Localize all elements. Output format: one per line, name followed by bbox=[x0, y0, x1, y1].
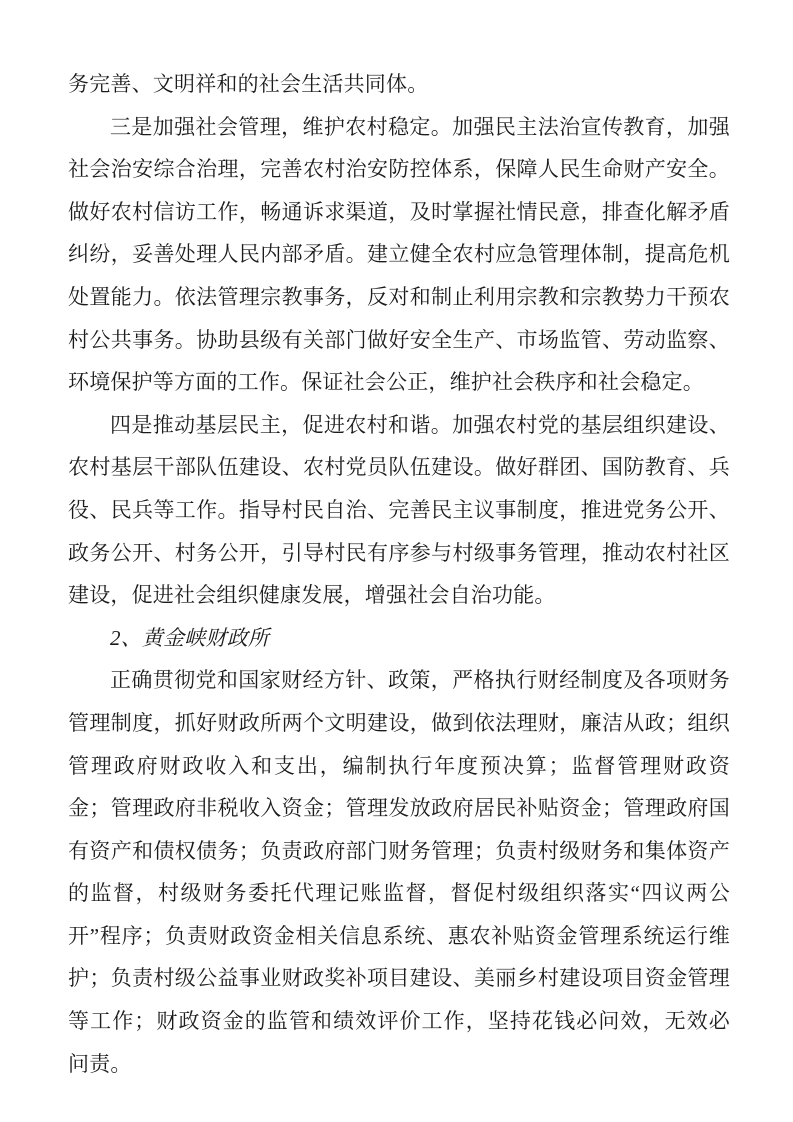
text-line: 务完善、文明祥和的社会生活共同体。 bbox=[68, 63, 730, 106]
text-line: 社会治安综合治理，完善农村治安防控体系，保障人民生命财产安全。 bbox=[68, 148, 730, 191]
text-line: 等工作；财政资金的监管和绩效评价工作，坚持花钱必问效，无效必 bbox=[68, 1000, 730, 1043]
text-line: 正确贯彻党和国家财经方针、政策，严格执行财经制度及各项财务 bbox=[68, 659, 730, 702]
text-line: 问责。 bbox=[68, 1043, 730, 1086]
text-line: 村公共事务。协助县级有关部门做好安全生产、市场监管、劳动监察、 bbox=[68, 319, 730, 362]
text-line: 四是推动基层民主，促进农村和谐。加强农村党的基层组织建设、 bbox=[68, 404, 730, 447]
paragraph-continuation: 务完善、文明祥和的社会生活共同体。 bbox=[68, 63, 730, 106]
paragraph-finance-office: 正确贯彻党和国家财经方针、政策，严格执行财经制度及各项财务 管理制度，抓好财政所… bbox=[68, 659, 730, 1085]
text-line: 管理政府财政收入和支出，编制执行年度预决算；监督管理财政资 bbox=[68, 745, 730, 788]
text-line: 纠纷，妥善处理人民内部矛盾。建立健全农村应急管理体制，提高危机 bbox=[68, 233, 730, 276]
text-line: 开”程序；负责财政资金相关信息系统、惠农补贴资金管理系统运行维 bbox=[68, 915, 730, 958]
text-line: 护；负责村级公益事业财政奖补项目建设、美丽乡村建设项目资金管理 bbox=[68, 957, 730, 1000]
text-line: 处置能力。依法管理宗教事务，反对和制止利用宗教和宗教势力干预农 bbox=[68, 276, 730, 319]
text-line: 役、民兵等工作。指导村民自治、完善民主议事制度，推进党务公开、 bbox=[68, 489, 730, 532]
document-page: 务完善、文明祥和的社会生活共同体。 三是加强社会管理，维护农村稳定。加强民主法治… bbox=[0, 0, 793, 1122]
text-line: 有资产和债权债务；负责政府部门财务管理；负责村级财务和集体资产 bbox=[68, 830, 730, 873]
text-line: 三是加强社会管理，维护农村稳定。加强民主法治宣传教育，加强 bbox=[68, 106, 730, 149]
text-line: 建设，促进社会组织健康发展，增强社会自治功能。 bbox=[68, 574, 730, 617]
text-line: 的监督，村级财务委托代理记账监督，督促村级组织落实“四议两公 bbox=[68, 872, 730, 915]
paragraph-social-management: 三是加强社会管理，维护农村稳定。加强民主法治宣传教育，加强 社会治安综合治理，完… bbox=[68, 106, 730, 404]
text-line: 政务公开、村务公开，引导村民有序参与村级事务管理，推动农村社区 bbox=[68, 532, 730, 575]
text-line: 农村基层干部队伍建设、农村党员队伍建设。做好群团、国防教育、兵 bbox=[68, 446, 730, 489]
text-line: 环境保护等方面的工作。保证社会公正，维护社会秩序和社会稳定。 bbox=[68, 361, 730, 404]
text-line: 金；管理政府非税收入资金；管理发放政府居民补贴资金；管理政府国 bbox=[68, 787, 730, 830]
paragraph-grassroots-democracy: 四是推动基层民主，促进农村和谐。加强农村党的基层组织建设、 农村基层干部队伍建设… bbox=[68, 404, 730, 617]
text-line: 做好农村信访工作，畅通诉求渠道，及时掌握社情民意，排查化解矛盾 bbox=[68, 191, 730, 234]
text-line: 管理制度，抓好财政所两个文明建设，做到依法理财，廉洁从政；组织 bbox=[68, 702, 730, 745]
section-heading: 2、黄金峡财政所 bbox=[68, 617, 730, 660]
